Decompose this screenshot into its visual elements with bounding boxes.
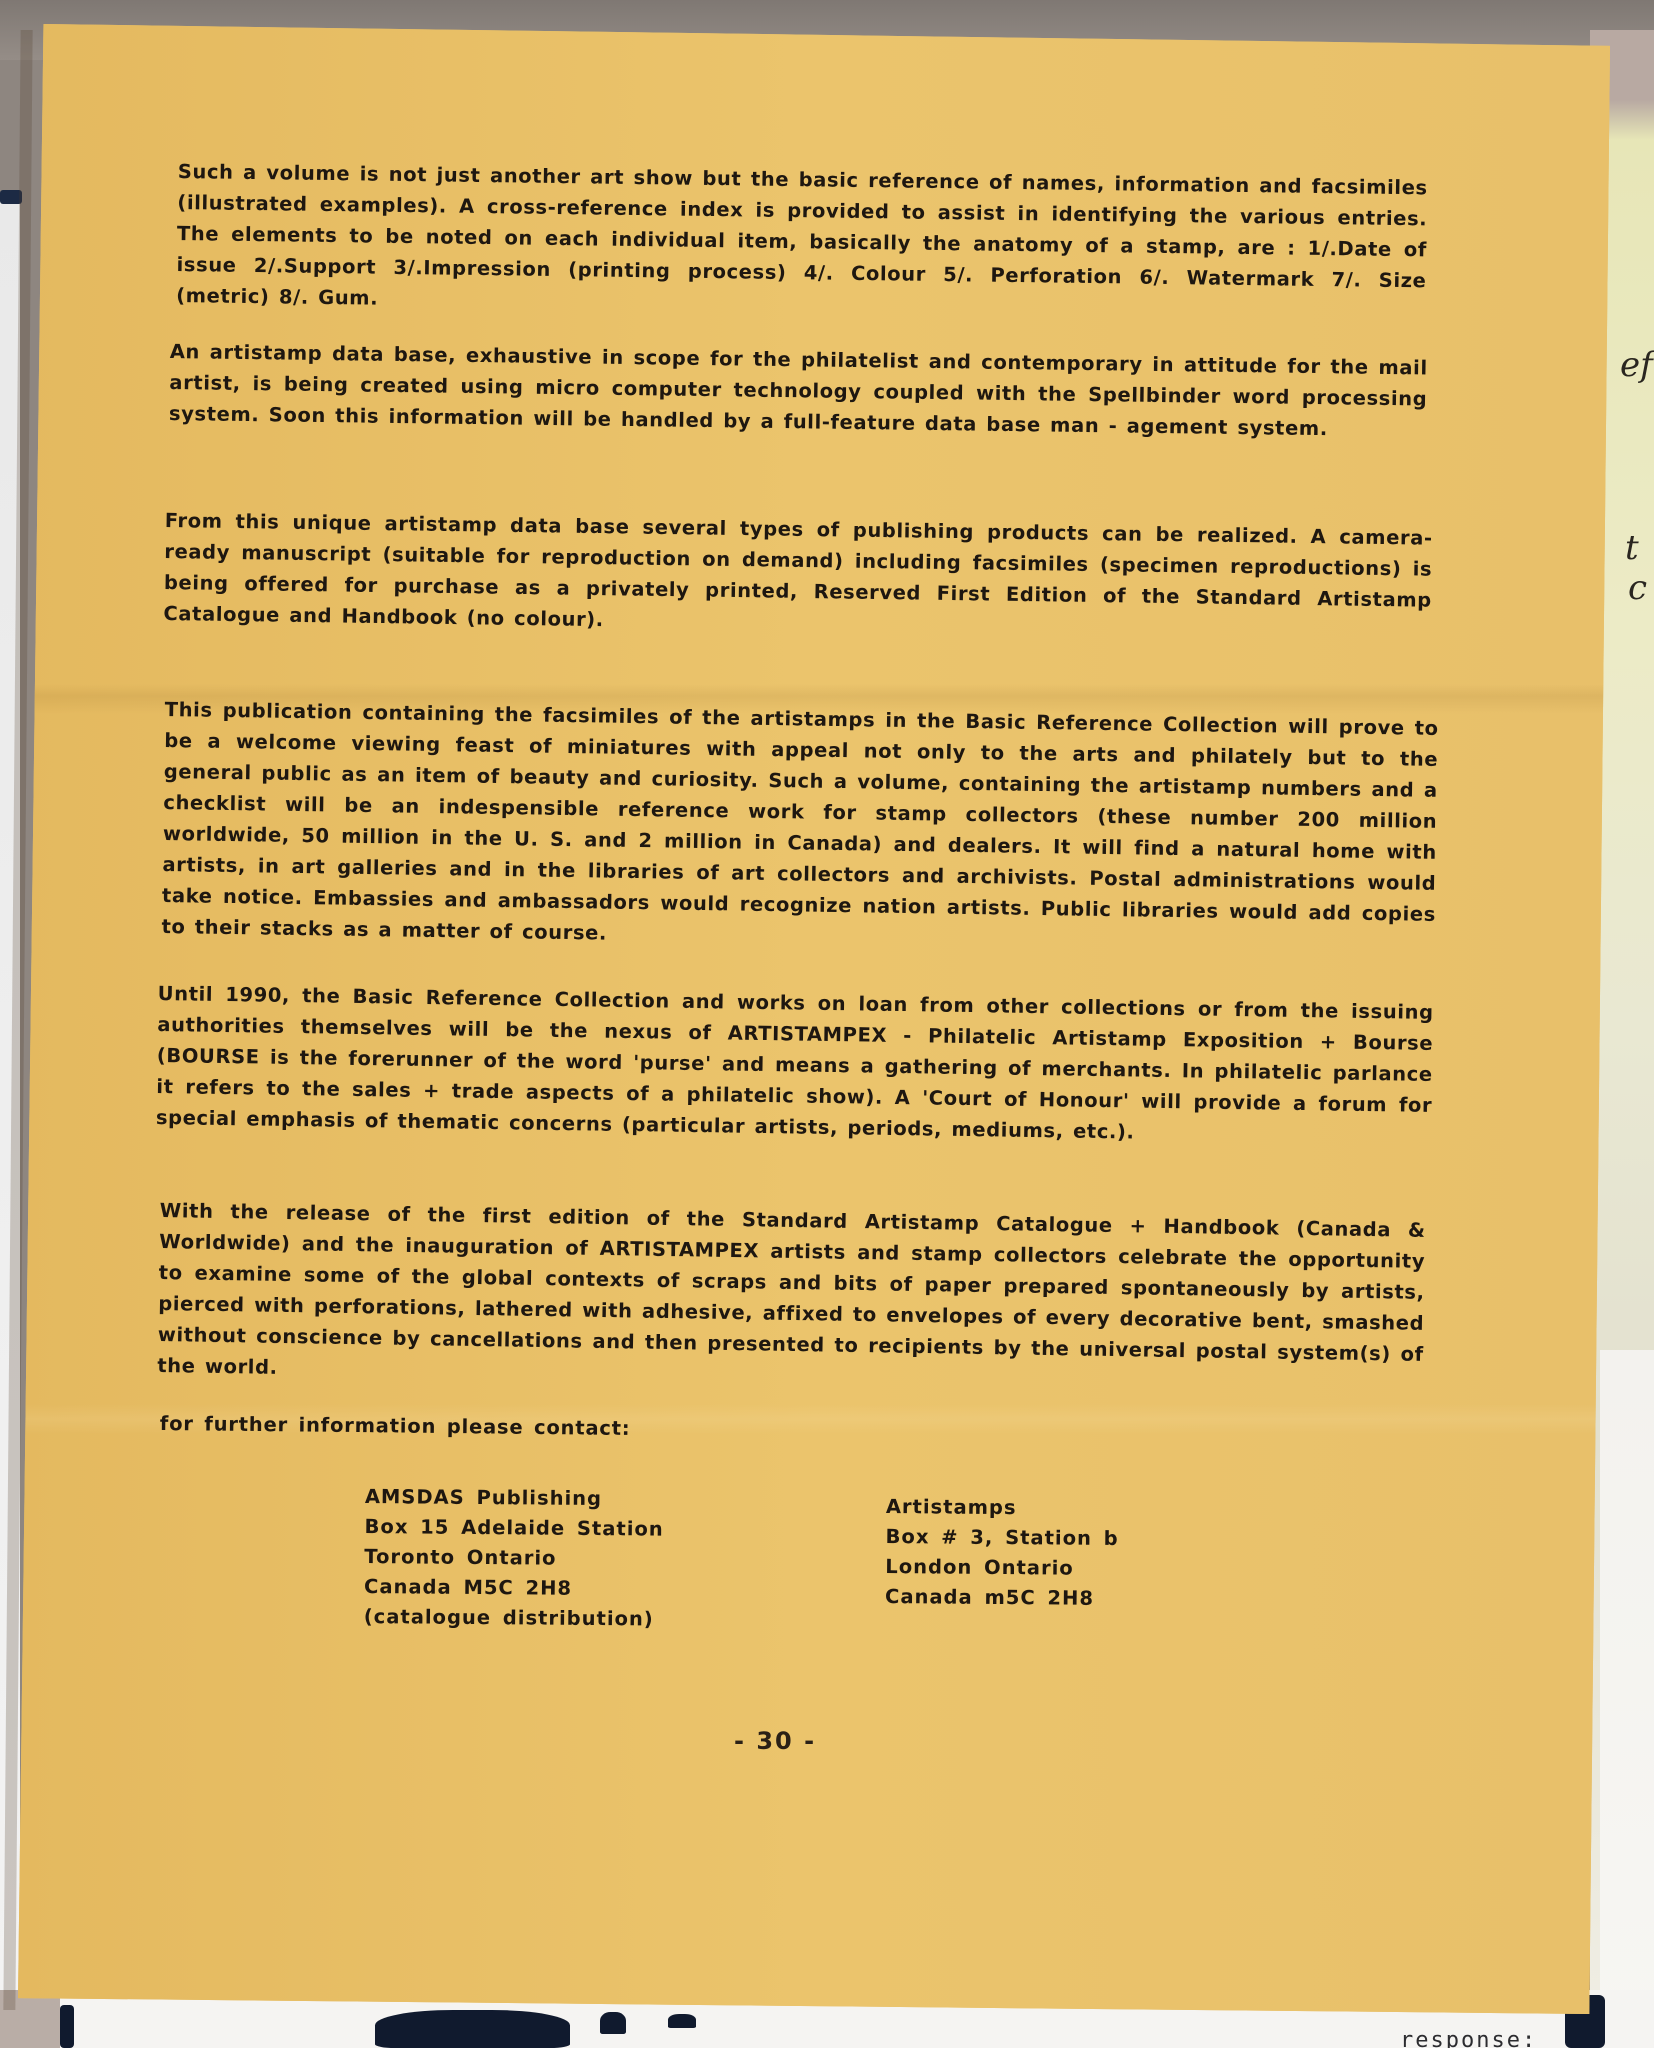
paragraph-publication: This publication containing the facsimil… bbox=[161, 694, 1439, 961]
address-line: Artistamps bbox=[886, 1492, 1119, 1524]
address-line: London Ontario bbox=[885, 1552, 1118, 1584]
paragraph-release: With the release of the first edition of… bbox=[157, 1195, 1426, 1401]
contact-intro: for further information please contact: bbox=[160, 1412, 631, 1440]
address-line: (catalogue distribution) bbox=[364, 1602, 663, 1635]
address-line: Toronto Ontario bbox=[364, 1542, 663, 1575]
paragraph-database: An artistamp data base, exhaustive in sc… bbox=[169, 336, 1428, 445]
address-line: Box 15 Adelaide Station bbox=[364, 1512, 663, 1545]
release-lead: With the release of the first edition of… bbox=[160, 1199, 743, 1231]
address-line: Box # 3, Station b bbox=[885, 1522, 1118, 1554]
address-line: Canada m5C 2H8 bbox=[885, 1582, 1118, 1614]
address-line: Canada M5C 2H8 bbox=[364, 1572, 663, 1605]
page-number: - 30 - bbox=[734, 1727, 816, 1755]
paragraph-artistampex: Until 1990, the Basic Reference Collecti… bbox=[156, 978, 1434, 1152]
catalogue-title: Standard Artistamp Catalogue + Handbook bbox=[742, 1208, 1280, 1239]
address-line: AMSDAS Publishing bbox=[365, 1482, 664, 1515]
release-rest: (Canada & Worldwide) and the inauguratio… bbox=[157, 1217, 1426, 1379]
paragraph-publishing: From this unique artistamp data base sev… bbox=[163, 505, 1433, 647]
paragraph-anatomy: Such a volume is not just another art sh… bbox=[176, 156, 1428, 327]
document-content: Such a volume is not just another art sh… bbox=[0, 0, 1654, 2048]
address-artistamps: Artistamps Box # 3, Station b London Ont… bbox=[885, 1492, 1119, 1614]
address-amsdas: AMSDAS Publishing Box 15 Adelaide Statio… bbox=[364, 1482, 664, 1635]
